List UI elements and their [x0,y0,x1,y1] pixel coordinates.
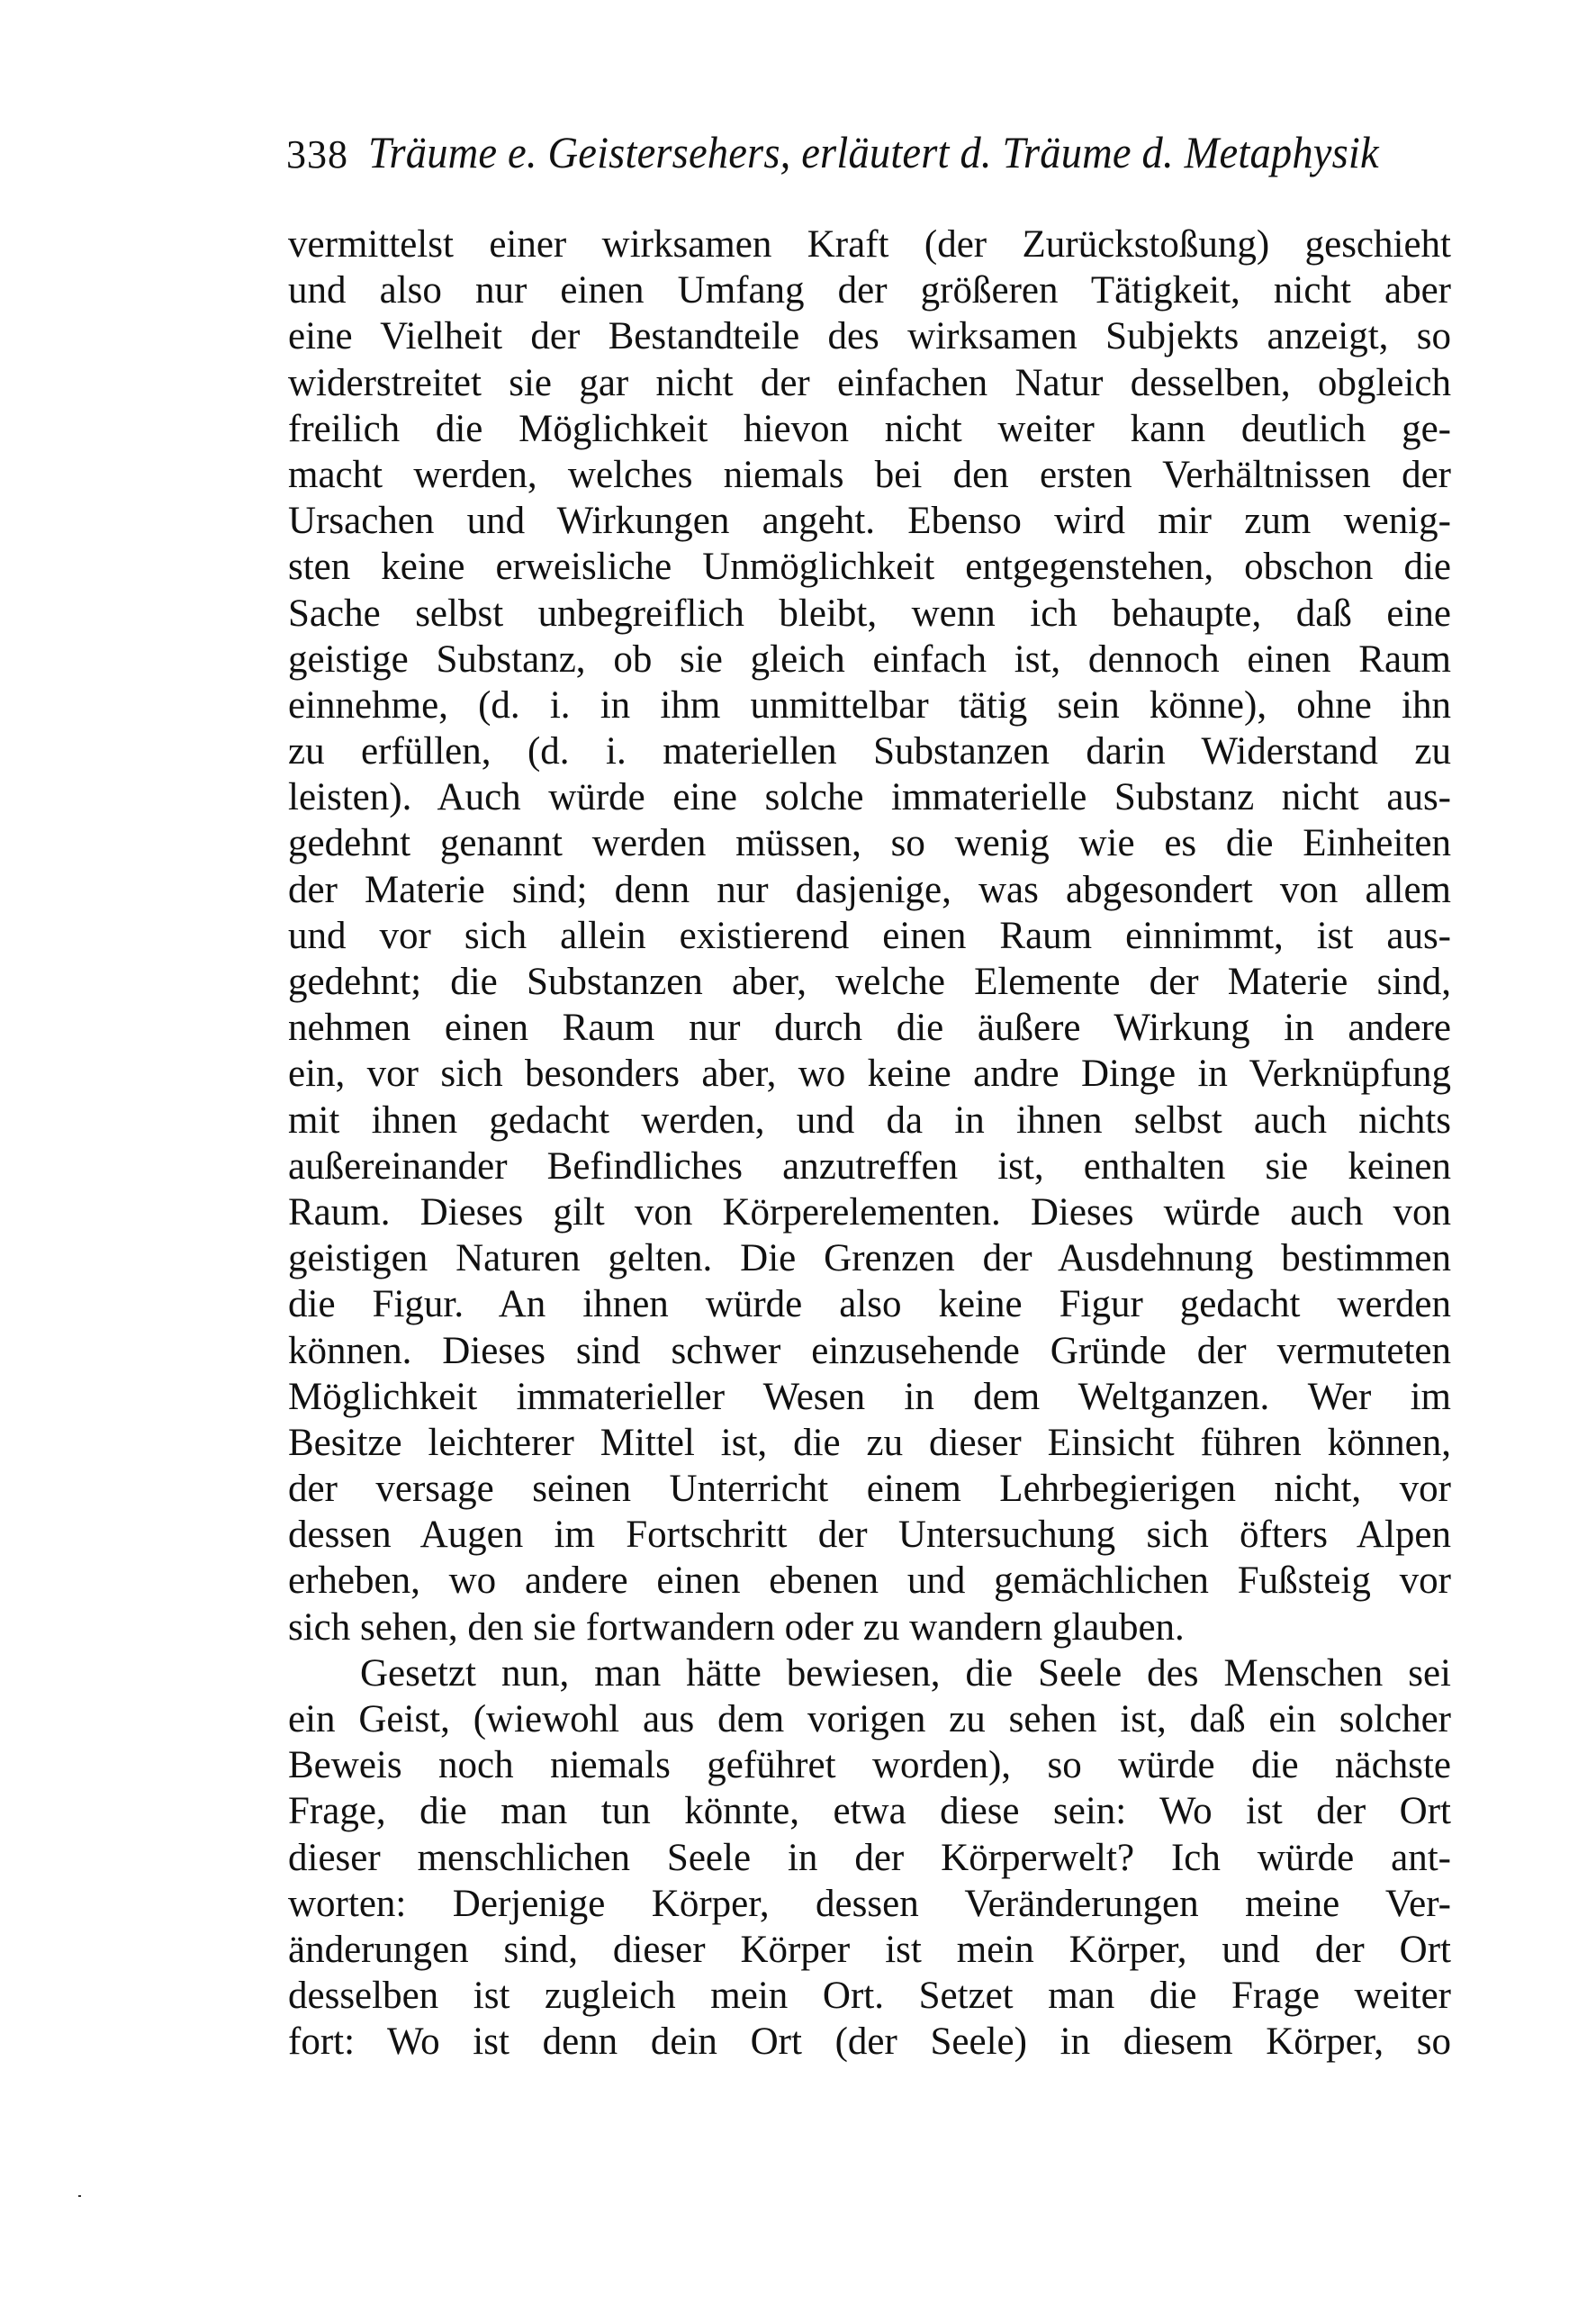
text-line: geistige Substanz, ob sie gleich einfach… [288,637,1451,682]
paragraph-start-line: Gesetzt nun, man hätte bewiesen, die See… [288,1650,1451,1696]
text-line: eine Vielheit der Bestandteile des wirks… [288,313,1451,359]
text-line: und vor sich allein existierend einen Ra… [288,913,1451,959]
text-line: Ursachen und Wirkungen angeht. Ebenso wi… [288,498,1451,544]
text-line: mit ihnen gedacht werden, und da in ihne… [288,1098,1451,1143]
text-line: Möglichkeit immaterieller Wesen in dem W… [288,1374,1451,1420]
book-page: 338 Träume e. Geistersehers, erläutert d… [0,0,1596,2305]
text-line: ein, vor sich besonders aber, wo keine a… [288,1051,1451,1097]
text-line: änderungen sind, dieser Körper ist mein … [288,1927,1451,1973]
text-line: gedehnt; die Substanzen aber, welche Ele… [288,959,1451,1005]
text-line: Raum. Dieses gilt von Körperelementen. D… [288,1189,1451,1235]
text-line: können. Dieses sind schwer einzusehende … [288,1328,1451,1374]
running-head-title: Träume e. Geistersehers, erläutert d. Tr… [368,126,1379,178]
text-line: einnehme, (d. i. in ihm unmittelbar täti… [288,682,1451,728]
text-line: leisten). Auch würde eine solche immater… [288,774,1451,820]
text-line: fort: Wo ist denn dein Ort (der Seele) i… [288,2019,1451,2065]
text-line: ein Geist, (wiewohl aus dem vorigen zu s… [288,1696,1451,1742]
text-line: erheben, wo andere einen ebenen und gemä… [288,1558,1451,1604]
text-line: dessen Augen im Fortschritt der Untersuc… [288,1512,1451,1558]
text-line: Frage, die man tun könnte, etwa diese se… [288,1788,1451,1834]
text-line: dieser menschlichen Seele in der Körperw… [288,1835,1451,1881]
paragraph-end-line: sich sehen, den sie fortwandern oder zu … [288,1604,1451,1650]
text-line: die Figur. An ihnen würde also keine Fig… [288,1281,1451,1327]
text-line: sten keine erweisliche Unmöglichkeit ent… [288,544,1451,590]
text-line: Sache selbst unbegreiflich bleibt, wenn … [288,591,1451,637]
scan-speck [78,2195,81,2197]
text-line: zu erfüllen, (d. i. materiellen Substanz… [288,728,1451,774]
text-line: der Materie sind; denn nur dasjenige, wa… [288,867,1451,913]
text-line: freilich die Möglichkeit hievon nicht we… [288,406,1451,452]
text-line: macht werden, welches niemals bei den er… [288,452,1451,498]
running-head: 338 Träume e. Geistersehers, erläutert d… [286,126,1456,180]
text-line: der versage seinen Unterricht einem Lehr… [288,1466,1451,1512]
text-line: Beweis noch niemals geführet worden), so… [288,1742,1451,1788]
text-line: gedehnt genannt werden müssen, so wenig … [288,820,1451,866]
text-line: geistigen Naturen gelten. Die Grenzen de… [288,1235,1451,1281]
text-line: außereinander Befindliches anzutreffen i… [288,1143,1451,1189]
body-text: vermittelst einer wirksamen Kraft (der Z… [288,221,1451,2065]
page-number: 338 [286,131,348,177]
text-line: und also nur einen Umfang der größeren T… [288,267,1451,313]
text-line: widerstreitet sie gar nicht der einfache… [288,360,1451,406]
text-line: desselben ist zugleich mein Ort. Setzet … [288,1973,1451,2019]
text-line: nehmen einen Raum nur durch die äußere W… [288,1005,1451,1051]
text-line: Besitze leichterer Mittel ist, die zu di… [288,1420,1451,1466]
text-line: vermittelst einer wirksamen Kraft (der Z… [288,221,1451,267]
text-line: worten: Derjenige Körper, dessen Verände… [288,1881,1451,1927]
